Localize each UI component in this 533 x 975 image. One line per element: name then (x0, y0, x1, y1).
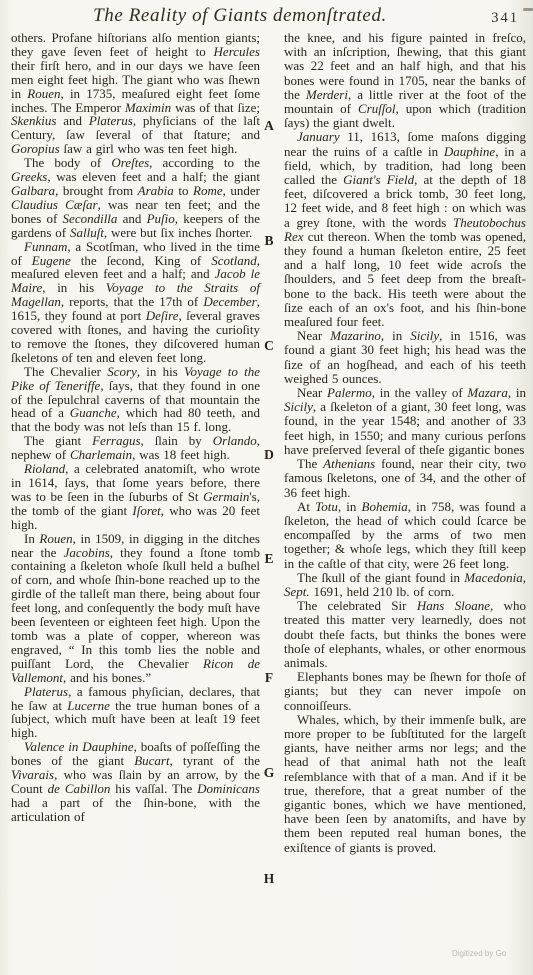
paragraph: Whales, which, by their immenſe bulk, ar… (284, 713, 526, 855)
paragraph: The celebrated Sir Hans Sloane, who trea… (284, 599, 526, 670)
signature-letter-f: F (258, 670, 280, 686)
paragraph: The Athenians found, near their city, tw… (284, 457, 526, 500)
paragraph: The Chevalier Scory, in his Voyage to th… (11, 365, 260, 435)
page-number: 341 (491, 10, 519, 27)
signature-letter-c: C (258, 338, 280, 354)
book-page: The Reality of Giants demonſtrated. 341 … (0, 0, 533, 975)
paragraph: The giant Ferragus, ſlain by Orlando, ne… (11, 434, 260, 462)
paragraph: The body of Oreſtes, according to the Gr… (11, 156, 260, 239)
right-column: the knee, and his figure painted in freſ… (284, 31, 526, 855)
paragraph: At Totu, in Bohemia, in 758, was found a… (284, 500, 526, 571)
running-title: The Reality of Giants demonſtrated. (40, 5, 440, 27)
paragraph: Funnam, a Scotſman, who lived in the tim… (11, 240, 260, 365)
paragraph: Near Palermo, in the valley of Mazara, i… (284, 386, 526, 457)
paragraph: Rioland, a celebrated anatomiſt, who wro… (11, 462, 260, 532)
paragraph: Near Mazarino, in Sicily, in 1516, was f… (284, 329, 526, 386)
signature-letter-g: G (258, 765, 280, 781)
paragraph: Elephants bones may be ſhewn for thoſe o… (284, 670, 526, 713)
paragraph: the knee, and his figure painted in freſ… (284, 31, 526, 130)
scan-edge-mark (523, 8, 533, 11)
paragraph: January 11, 1613, ſome maſons digging ne… (284, 130, 526, 329)
signature-letter-h: H (258, 871, 280, 887)
signature-letter-e: E (258, 551, 280, 567)
paragraph: In Rouen, in 1509, in digging in the dit… (11, 532, 260, 685)
paragraph: Platerus, a famous phyſician, declares, … (11, 685, 260, 741)
paragraph: others. Profane hiſtorians alſo mention … (11, 31, 260, 156)
signature-letter-a: A (258, 118, 280, 134)
signature-letter-b: B (258, 233, 280, 249)
digitized-watermark: Digitized by Go (452, 949, 506, 958)
paragraph: The ſkull of the giant found in Macedoni… (284, 571, 526, 599)
left-column: others. Profane hiſtorians alſo mention … (11, 31, 260, 824)
signature-letter-d: D (258, 447, 280, 463)
signature-letter-column: ABCDEFGH (258, 0, 280, 975)
paragraph: Valence in Dauphine, boaſts of poſſeſſin… (11, 740, 260, 823)
